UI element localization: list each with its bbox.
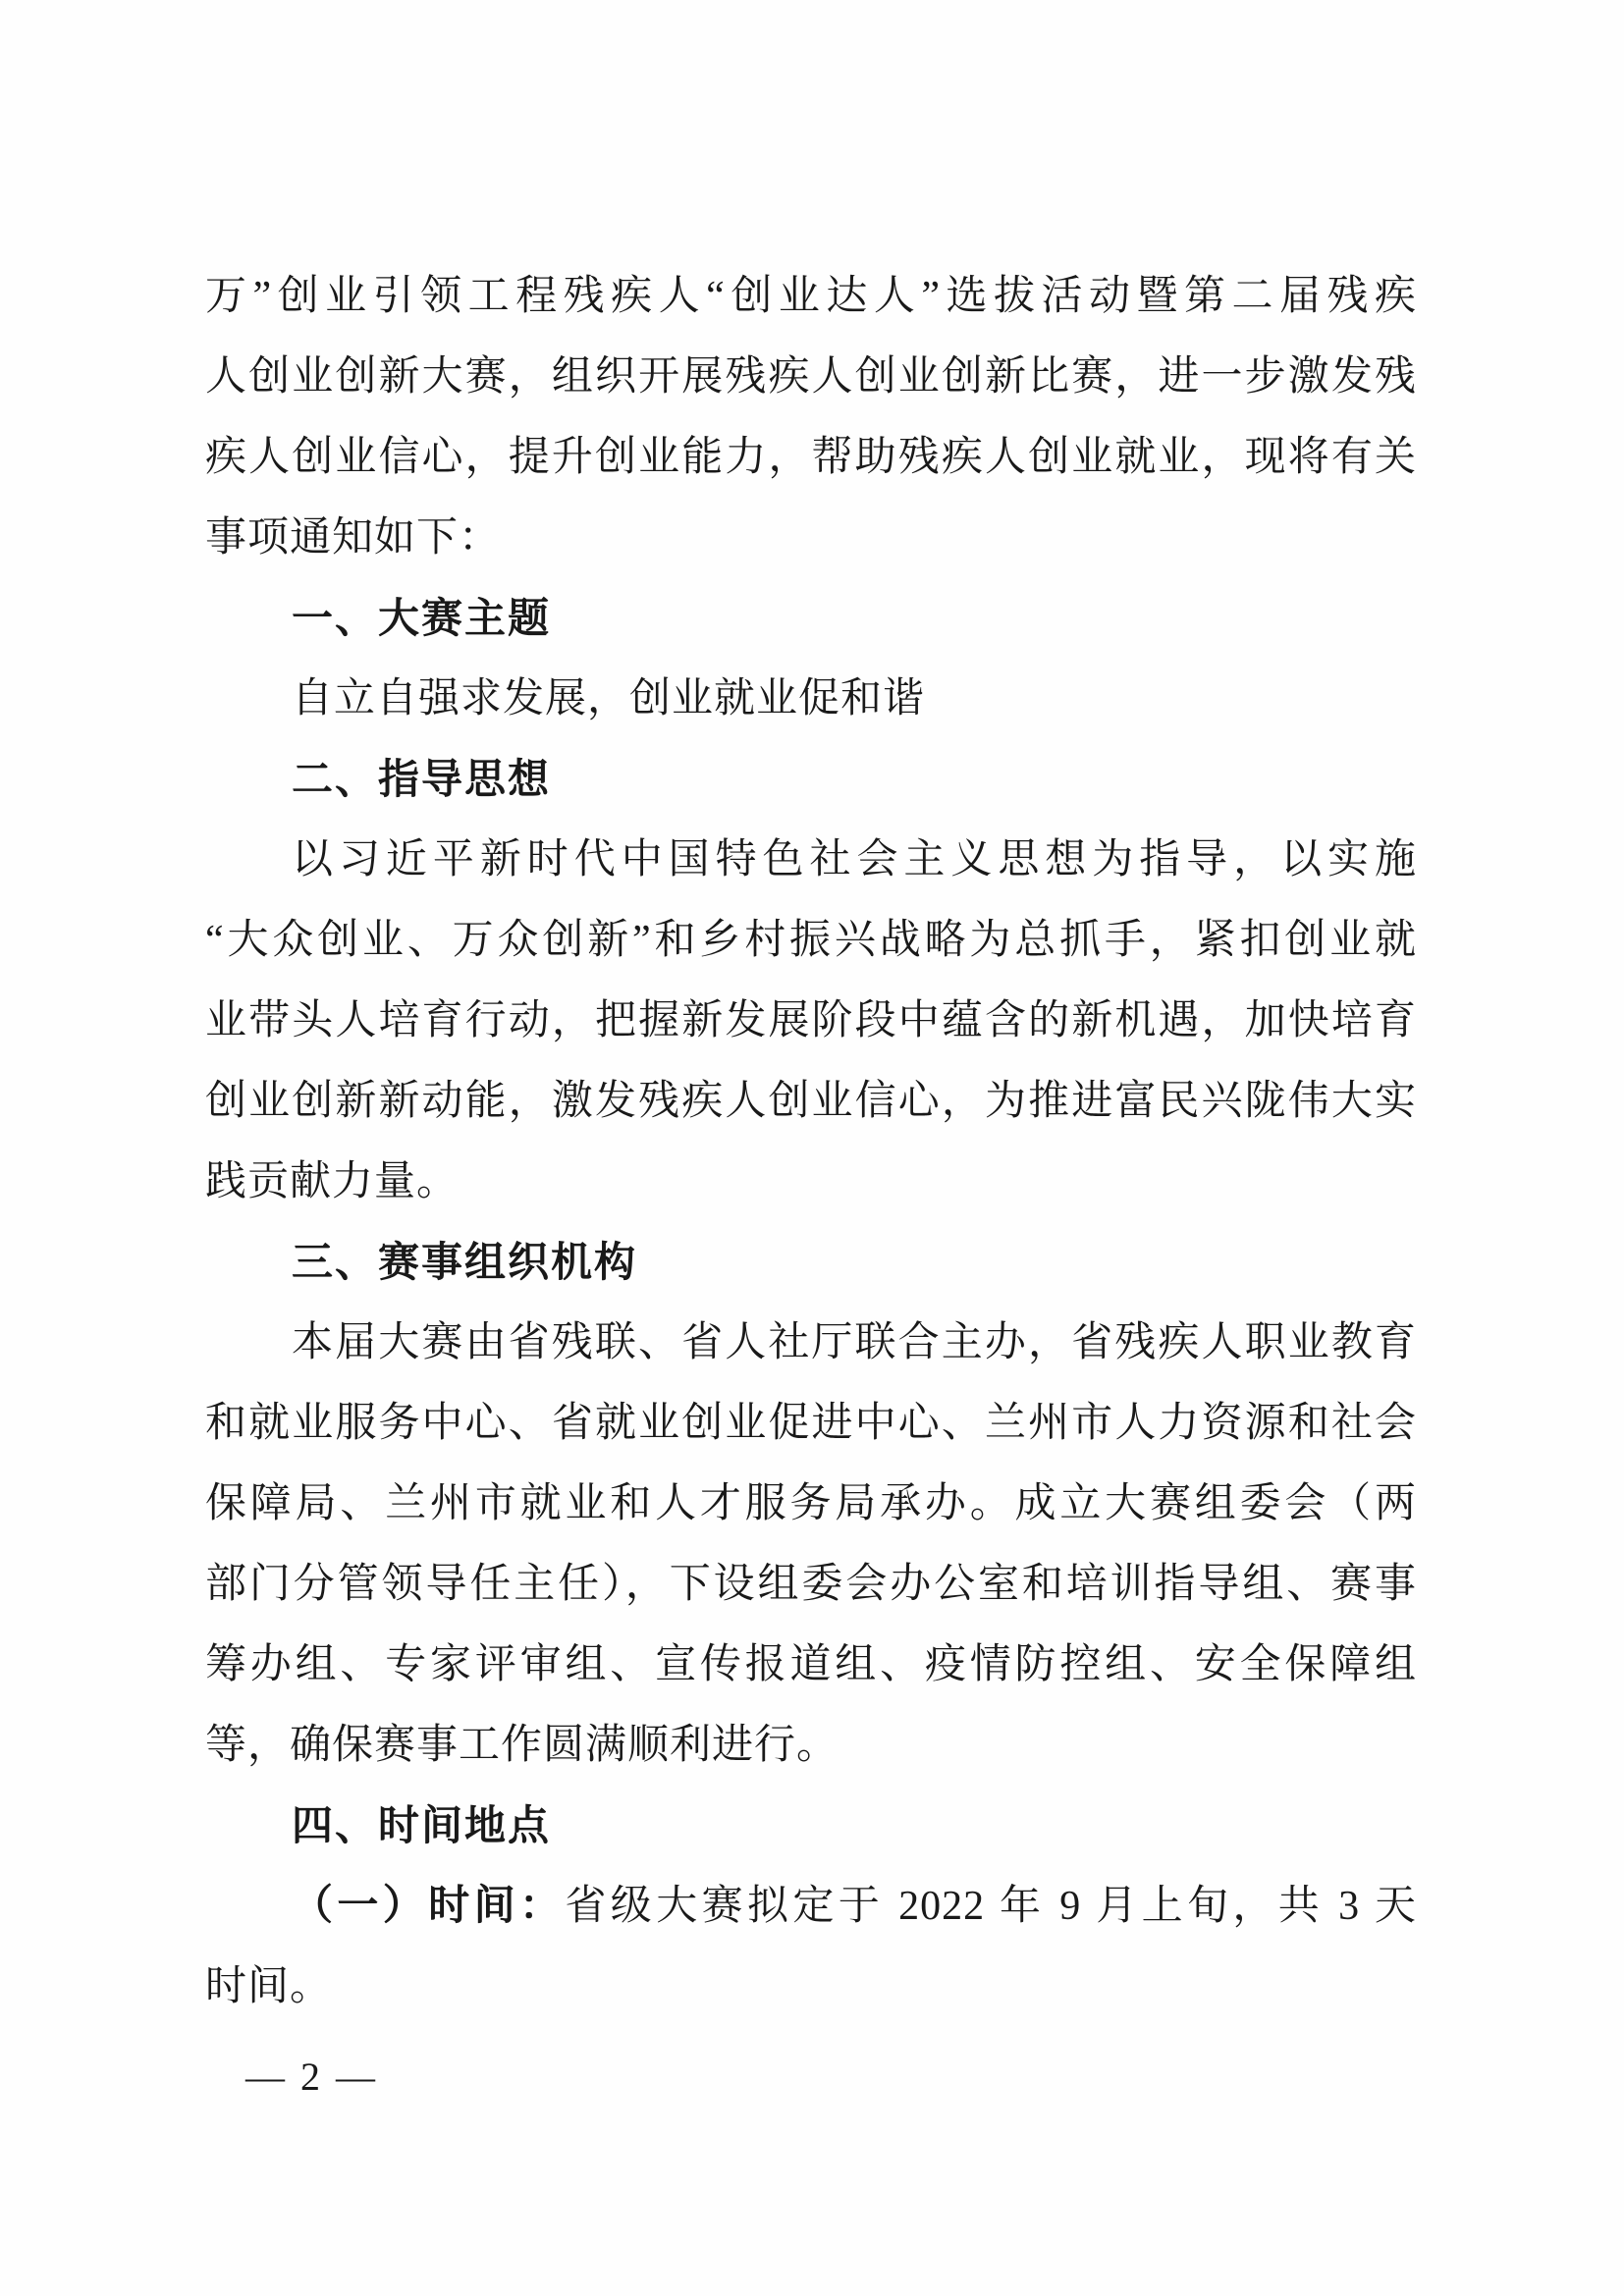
- text-line: 部门分管领导任主任），下设组委会办公室和培训指导组、赛事: [205, 1544, 1417, 1625]
- document-body: 万”创业引领工程残疾人“创业达人”选拔活动暨第二届残疾 人创业创新大赛，组织开展…: [205, 256, 1417, 2027]
- text-line: “大众创业、万众创新”和乡村振兴战略为总抓手，紧扣创业就: [205, 900, 1417, 981]
- text-line: 本届大赛由省残联、省人社厅联合主办，省残疾人职业教育: [205, 1303, 1417, 1383]
- text-line: 自立自强求发展，创业就业促和谐: [205, 659, 1417, 739]
- text-line: 等，确保赛事工作圆满顺利进行。: [205, 1705, 1417, 1786]
- text-line: 业带头人培育行动，把握新发展阶段中蕴含的新机遇，加快培育: [205, 981, 1417, 1061]
- section-heading: 三、赛事组织机构: [205, 1222, 1417, 1303]
- section-heading: 一、大赛主题: [205, 578, 1417, 659]
- page-number: — 2 —: [245, 2050, 378, 2105]
- document-page: 万”创业引领工程残疾人“创业达人”选拔活动暨第二届残疾 人创业创新大赛，组织开展…: [0, 0, 1624, 2296]
- text-line: 筹办组、专家评审组、宣传报道组、疫情防控组、安全保障组: [205, 1625, 1417, 1705]
- text-line: 践贡献力量。: [205, 1142, 1417, 1222]
- text-line: 时间。: [205, 1947, 1417, 2027]
- text-line-continuation: 省级大赛拟定于 2022 年 9 月上旬，共 3 天: [565, 1884, 1417, 1929]
- text-line: 创业创新新动能，激发残疾人创业信心，为推进富民兴陇伟大实: [205, 1061, 1417, 1142]
- text-line: 事项通知如下：: [205, 498, 1417, 578]
- section-heading: 二、指导思想: [205, 739, 1417, 820]
- text-line: 保障局、兰州市就业和人才服务局承办。成立大赛组委会（两: [205, 1464, 1417, 1544]
- text-line: 以习近平新时代中国特色社会主义思想为指导，以实施: [205, 820, 1417, 900]
- section-heading: 四、时间地点: [205, 1786, 1417, 1866]
- sub-section-label: （一）时间：: [292, 1884, 565, 1929]
- text-line: 疾人创业信心，提升创业能力，帮助残疾人创业就业，现将有关: [205, 417, 1417, 498]
- text-line: 万”创业引领工程残疾人“创业达人”选拔活动暨第二届残疾: [205, 256, 1417, 337]
- text-line: 和就业服务中心、省就业创业促进中心、兰州市人力资源和社会: [205, 1383, 1417, 1464]
- text-line: 人创业创新大赛，组织开展残疾人创业创新比赛，进一步激发残: [205, 337, 1417, 417]
- text-line: （一）时间：省级大赛拟定于 2022 年 9 月上旬，共 3 天: [205, 1866, 1417, 1947]
